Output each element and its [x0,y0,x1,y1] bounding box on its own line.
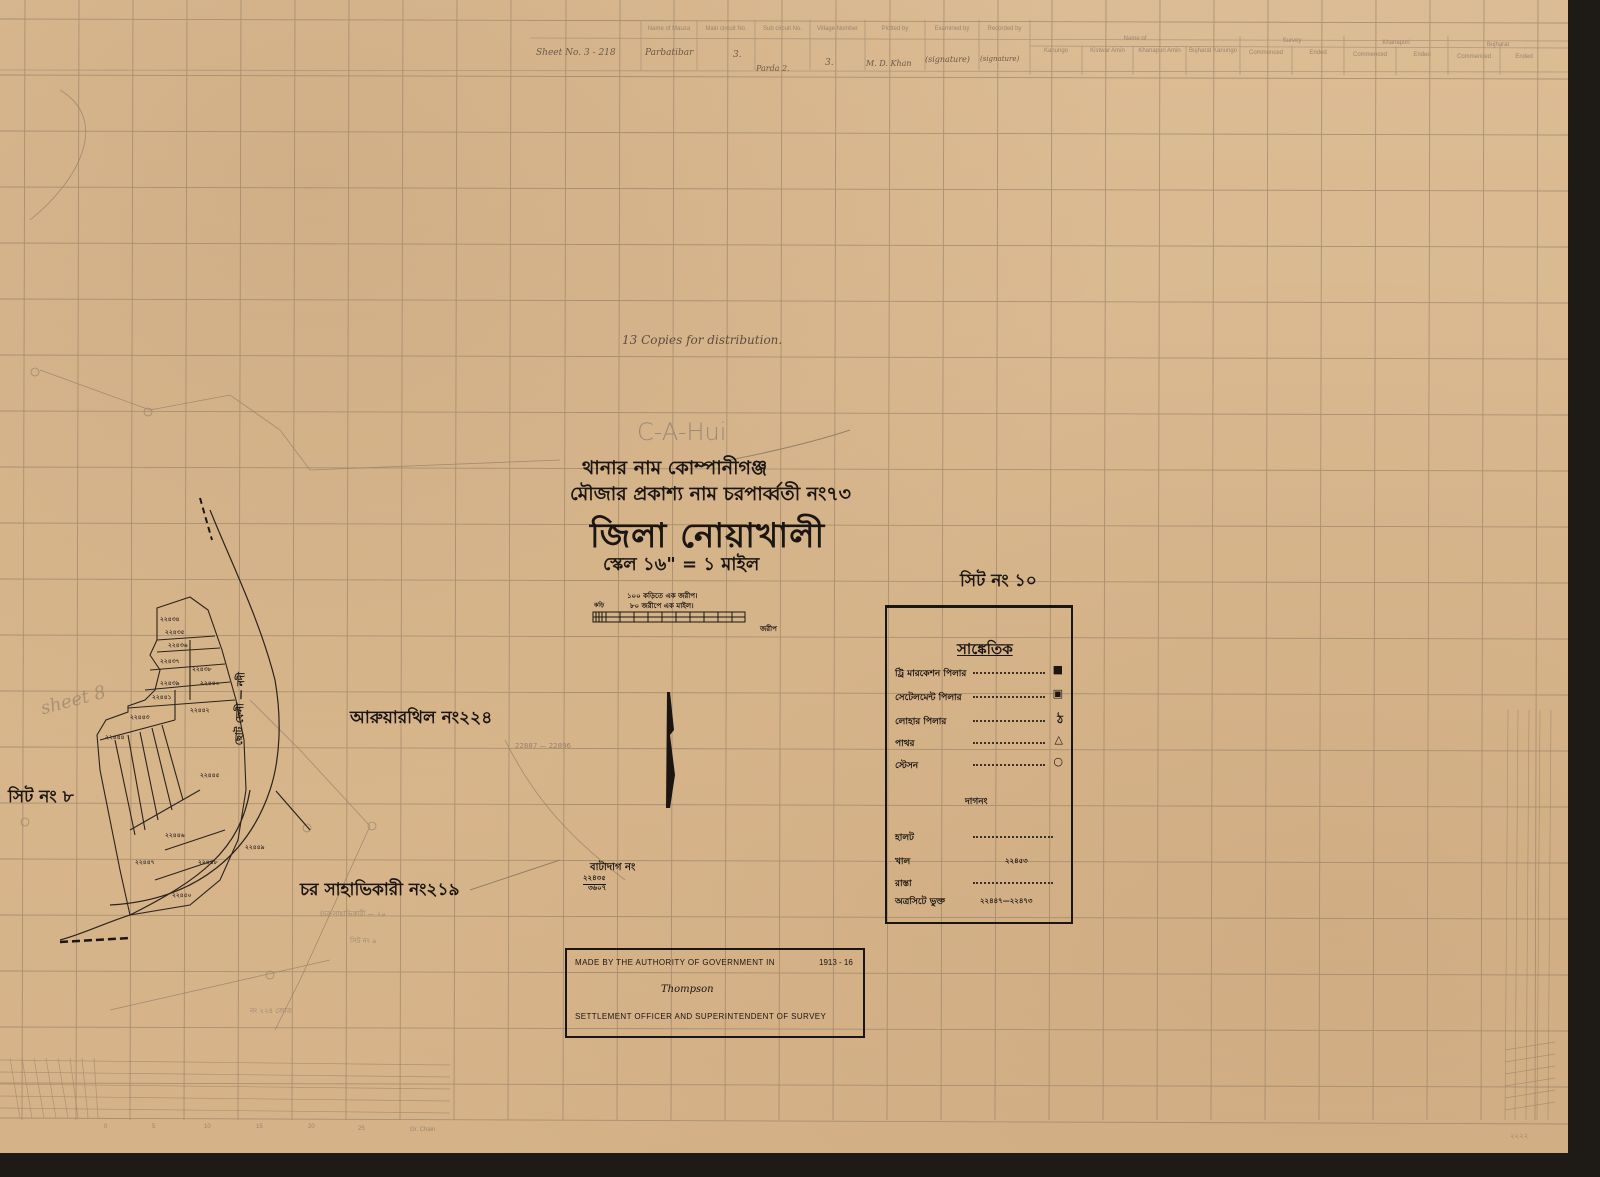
legend-label: খাল [895,857,910,867]
col-plotted-by: Plotted by [865,26,925,32]
col-village-number: Village Number [810,26,865,32]
legend-item-settlement-pillar: সেটেলমেন্ট পিলার ▣ [895,690,1063,705]
legend-dag-in-this-sheet: অত্রসিটে ভুক্ত ২২৪৪৭—২২৪৭৩ [895,894,1063,909]
circle-icon: ○ [1053,755,1063,768]
axis-tick: 15 [256,1124,263,1130]
handwritten-sub-circuit: Parda 2. [756,64,790,73]
legend-label: অত্রসিটে ভুক্ত [895,897,945,907]
examined-by-signature: (signature) [925,55,970,64]
col-examined-by: Examined by [925,26,979,32]
copies-note: 13 Copies for distribution. [622,333,782,347]
col-bujharat-kanungo: Bujharat Kanungo [1186,48,1240,54]
plot-number: ২২৪৪৩ [130,712,150,723]
plot-number: ২২৪৫০ [172,890,192,901]
batadag-denominator: ৩৬০৭ [588,882,606,894]
pencil-bottom-note: নং ২২৪ জোত [250,1005,292,1017]
pencil-219-note: (চর-সাহাভিকারী — ২০ [320,908,386,920]
filled-square-icon: ■ [1053,663,1063,676]
legend-label: হালট [895,833,914,843]
pencil-sheet-9-note: সিট নং ৯ [350,935,377,947]
plot-number: ২২৪৪৬ [165,830,185,841]
col-main-circuit: Main circuit No. [697,26,755,32]
scale-left-label: কড়ি [594,600,604,611]
north-arrow-icon [666,692,675,808]
legend-label: লোহার পিলার [895,717,946,727]
legend-box: সাঙ্কেতিক ট্রি মারকেশন পিলার ■ সেটেলমেন্… [885,605,1073,924]
adjacent-mouza-219-label: চর সাহাভিকারী নং২১৯ [300,877,460,905]
plot-number: ২২৪৪৭ [135,857,155,868]
col-bujharat-commenced: Commenced [1448,54,1500,60]
legend-item-stone: পাথর △ [895,736,1063,751]
handwritten-village-number: 3. [825,58,834,68]
col-recorded-by: Recorded by [979,26,1030,32]
iron-pillar-icon: ঠ [1057,711,1063,730]
axis-unit: Gr. Chain [410,1127,435,1133]
officer-signature: Thompson [661,984,714,995]
plot-number: ২২৪৩৬ [168,640,188,651]
mouza-name: মৌজার প্রকাশ্য নাম চরপার্ব্বতী নং৭৩ [570,480,851,512]
legend-dag-rasta: রাস্তা [895,876,1063,891]
plot-number: ২২৪৪১ [152,692,171,703]
handwritten-main-circuit: 3. [733,50,742,60]
plot-number: ২২৪৪২ [190,705,210,716]
legend-value: ২২৪৫৩ [1005,855,1028,867]
legend-item-tree-marking-pillar: ট্রি মারকেশন পিলার ■ [895,666,1063,681]
plot-number: ২২৪৪০ [200,678,220,689]
group-survey: Survey [1240,38,1344,44]
col-kanungo: Kanungo [1030,48,1082,54]
legend-title: সাঙ্কেতিক [957,638,1013,663]
col-survey-commenced: Commenced [1240,50,1292,56]
col-survey-ended: Ended [1292,50,1344,56]
axis-tick: 20 [308,1124,315,1130]
handwritten-mauza: Parbatibar [645,48,693,58]
plot-number: ২২৪৩৯ [160,678,180,689]
legend-subtitle: দাগনং [965,794,987,809]
legend-label: ট্রি মারকেশন পিলার [895,669,966,679]
authority-box: MADE BY THE AUTHORITY OF GOVERNMENT IN 1… [565,948,865,1038]
col-khanapuri-commenced: Commenced [1344,52,1396,58]
col-kistwar-amin: Kistwar Amin [1082,48,1133,54]
col-sub-circuit: Sub circuit No. [755,26,810,32]
col-khanapuri-ended: Ended [1396,52,1448,58]
handwritten-plotted-by: M. D. Khan [866,59,912,68]
axis-tick: 5 [152,1124,155,1130]
corner-number: ২২২২ [1510,1130,1528,1142]
plot-number: ২২৪৩৪ [160,614,180,625]
adjacent-mouza-224-label: আরুয়ারথিল নং২২৪ [350,705,492,733]
boxed-square-icon: ▣ [1053,687,1063,700]
plot-number: ২২৪৪৪ [105,732,124,743]
triangle-icon: △ [1055,733,1063,746]
authority-year: 1913 - 16 [819,958,853,967]
legend-label: পাথর [895,739,915,749]
scale-unit: জরীপ [760,623,777,635]
adjacent-sheet-10-label: সিট নং ১০ [960,568,1037,596]
axis-tick: 0 [104,1124,107,1130]
legend-dag-halot: হালট [895,830,1063,845]
group-name-of: Name of [1030,36,1240,42]
adjacent-sheet-8-label: সিট নং ৮ [8,784,74,812]
plot-number: ২২৪৪৫ [200,770,219,781]
axis-tick: 10 [204,1124,211,1130]
legend-dag-khal: খাল ২২৪৫৩ [895,854,1063,869]
legend-label: রাস্তা [895,879,912,889]
legend-item-iron-pillar: লোহার পিলার ঠ [895,714,1063,729]
legend-item-station: স্টেসন ○ [895,758,1063,773]
plot-number: ২২৪৩৭ [160,656,180,667]
axis-tick: 25 [358,1126,365,1132]
group-khanapuri: Khanapuri [1344,40,1448,46]
scan-border-bottom [0,1153,1600,1177]
handwritten-sheet-note: Sheet No. 3 - 218 [536,48,616,58]
legend-label: স্টেসন [895,761,918,771]
legend-value: ২২৪৪৭—২২৪৭৩ [980,895,1033,907]
col-khanapuri-amin: Khanapuri Amin [1133,48,1186,54]
pencil-annotation: C-A-Hui [637,418,726,446]
col-name-of-mauza: Name of Mauza [641,26,697,32]
col-bujharat-ended: Ended [1500,54,1548,60]
survey-map-sheet: Name of Mauza Main circuit No. Sub circu… [0,0,1568,1153]
river-label: ছোট ফেনী — নদী [232,672,252,746]
scan-border-right [1568,0,1600,1177]
plot-number: ২২৪৪৮ [198,857,217,868]
recorded-by-signature: (signature) [980,55,1019,63]
officer-title: SETTLEMENT OFFICER AND SUPERINTENDENT OF… [575,1012,826,1021]
plot-number: ২২৪৩৫ [165,627,185,638]
legend-label: সেটেলমেন্ট পিলার [895,693,962,703]
plot-number: ২২৪৩৮ [192,664,212,675]
scale-note-2: ৮০ জরীপে এক মাইল। [630,600,694,612]
group-bujharat: Bujharat [1448,42,1548,48]
pencil-range: 22887 — 22896 [515,742,571,750]
plot-number: ২২৪৪৯ [245,842,264,853]
authority-line: MADE BY THE AUTHORITY OF GOVERNMENT IN [575,958,775,967]
scale-statement: স্কেল ১৬" = ১ মাইল [603,550,759,581]
